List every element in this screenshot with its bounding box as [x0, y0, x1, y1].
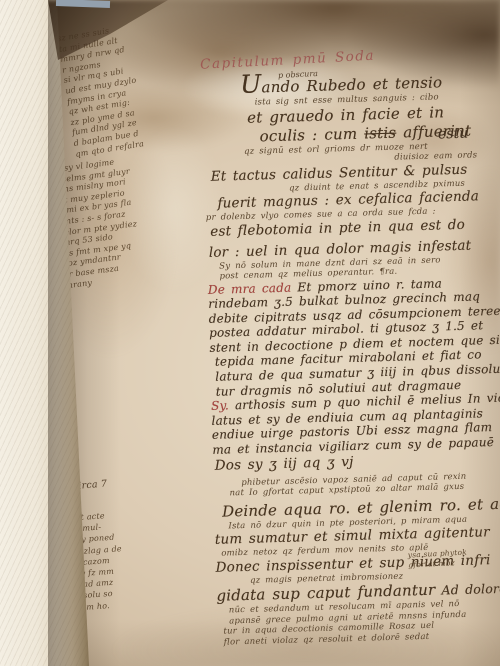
ink-segment: istis	[364, 123, 397, 142]
ink-segment: Ad dolore	[435, 581, 500, 598]
ink-segment: U	[240, 69, 262, 99]
manuscript-photo: Capitulum pmū Soda p obscura Uando Rubed…	[0, 0, 500, 666]
ink-segment: Dos sy ʒ iij aq ʒ vj	[215, 454, 354, 474]
right-margin-note: ysa sua phytokgfortat mbz	[408, 547, 468, 569]
chapter-heading-rubric: Capitulum pmū Soda	[200, 43, 460, 73]
rubric-segment: De mra cada	[208, 280, 292, 296]
rubric-segment: Sy.	[211, 399, 229, 413]
ink-segment: oculis : cum	[259, 124, 364, 145]
right-margin-note-estu: estu	[438, 125, 469, 142]
